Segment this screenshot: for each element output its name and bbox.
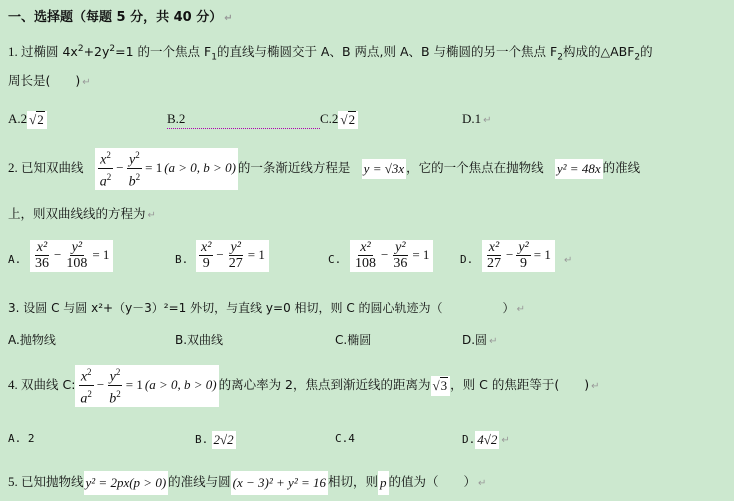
option-d-equation: x²27−y²9= 1 xyxy=(482,240,555,272)
question-1-text: 过椭圆 4x2+2y2=1 的一个焦点 F1的直线与椭圆交于 A、B 两点,则 … xyxy=(21,44,653,59)
question-2-line-2: 上，则双曲线线的方程为↵ xyxy=(8,205,156,225)
option-b[interactable]: B.双曲线 xyxy=(175,331,223,349)
hyperbola-equation: x2a2−y2b2= 1(a > 0, b > 0) xyxy=(95,148,238,190)
option-b[interactable]: B. xyxy=(175,250,188,269)
paragraph-mark-icon: ↵ xyxy=(591,381,599,392)
option-b-equation: x²9−y²27= 1 xyxy=(196,240,269,272)
question-number: 1. xyxy=(8,44,18,59)
question-number: 3. xyxy=(8,301,19,315)
option-d[interactable]: D. xyxy=(460,250,473,269)
paragraph-mark-icon: ↵ xyxy=(564,252,572,270)
option-c-equation: x²108−y²36= 1 xyxy=(350,240,433,272)
variable-p: p xyxy=(378,471,389,495)
option-d[interactable]: D.圆↵ xyxy=(462,331,497,351)
section-heading: 一、选择题（每题 5 分，共 40 分）↵ xyxy=(8,9,233,28)
question-4-options: A. 2 B. 2√2 C.4 D.4√2↵ xyxy=(8,430,488,448)
option-a[interactable]: A.抛物线 xyxy=(8,331,56,349)
question-5: 5. 已知抛物线y² = 2px(p > 0)的准线与圆(x − 3)² + y… xyxy=(8,470,486,496)
question-number: 2. xyxy=(8,160,18,175)
question-2-options: A. x²36−y²108= 1 B. x²9−y²27= 1 C. x²108… xyxy=(0,240,734,285)
question-2: 2. 已知双曲线 x2a2−y2b2= 1(a > 0, b > 0) 的一条渐… xyxy=(8,148,640,190)
option-d[interactable]: D.1↵ xyxy=(462,110,492,130)
option-d[interactable]: D.4√2↵ xyxy=(462,430,510,450)
option-a[interactable]: A. xyxy=(8,250,21,269)
option-a[interactable]: A. 2 xyxy=(8,430,35,448)
section-heading-text: 一、选择题（每题 5 分，共 40 分） xyxy=(8,10,222,25)
hyperbola-equation: x2a2−y2b2= 1(a > 0, b > 0) xyxy=(75,365,218,407)
parabola-equation: y² = 48x xyxy=(555,159,603,179)
question-1-line-2: 周长是( )↵ xyxy=(8,72,91,92)
option-c[interactable]: C.椭圆 xyxy=(335,331,371,349)
option-a-equation: x²36−y²108= 1 xyxy=(30,240,113,272)
question-3: 3. 设圆 C 与圆 x²+（y－3）²=1 外切，与直线 y=0 相切，则 C… xyxy=(8,299,525,319)
question-number: 4. xyxy=(8,377,18,392)
paragraph-mark-icon: ↵ xyxy=(148,210,156,221)
paragraph-mark-icon: ↵ xyxy=(478,478,486,489)
option-c[interactable]: C.4 xyxy=(335,430,355,448)
question-1: 1. 过椭圆 4x2+2y2=1 的一个焦点 F1的直线与椭圆交于 A、B 两点… xyxy=(8,40,653,67)
option-c[interactable]: C. xyxy=(328,250,341,269)
option-a[interactable]: A.2√2 xyxy=(8,110,47,129)
question-4: 4. 双曲线 C: x2a2−y2b2= 1(a > 0, b > 0) 的离心… xyxy=(8,365,599,407)
paragraph-mark-icon: ↵ xyxy=(224,13,232,24)
paragraph-mark-icon: ↵ xyxy=(82,77,90,88)
option-b[interactable]: B.2 xyxy=(167,110,320,129)
circle-equation: (x − 3)² + y² = 16 xyxy=(231,471,328,495)
asymptote-equation: y = √3x xyxy=(362,159,406,179)
paragraph-mark-icon: ↵ xyxy=(517,304,525,315)
option-c[interactable]: C.2√2 xyxy=(320,110,358,129)
question-number: 5. xyxy=(8,474,18,489)
sqrt-3: √3 xyxy=(431,376,451,396)
parabola-equation: y² = 2px(p > 0) xyxy=(84,471,169,495)
option-b[interactable]: B. 2√2 xyxy=(195,430,236,449)
